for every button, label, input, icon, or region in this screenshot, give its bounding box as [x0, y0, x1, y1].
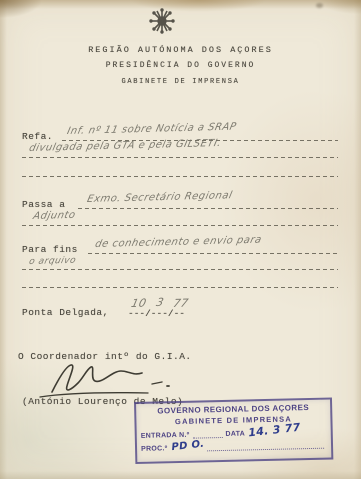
passa-handwriting-line1: Exmo. Secretário Regional: [86, 190, 233, 205]
dotted-line: [22, 269, 338, 271]
dotted-line: [207, 441, 324, 452]
scanned-document: REGIÃO AUTÓNOMA DOS AÇORES PRESIDÊNCIA D…: [0, 0, 361, 479]
stamp-date-handwritten: 14. 3 77: [248, 424, 301, 438]
dotted-line: [192, 430, 222, 439]
stamp-proc-handwritten: PD O.: [171, 441, 204, 453]
dotted-line: [22, 176, 338, 178]
fins-handwriting-line1: de conhecimento e envio para: [94, 235, 263, 250]
stamp-data-label: DATA: [225, 430, 245, 437]
date-month-handwritten: 3: [155, 296, 165, 309]
paper-stain: [316, 3, 323, 8]
passa-handwriting-line2: Adjunto: [32, 210, 77, 222]
date-year-handwritten: 77: [172, 297, 190, 310]
passa-label: Passa a: [22, 199, 65, 210]
dotted-line: [22, 225, 338, 227]
date-day-handwritten: 10: [130, 297, 148, 310]
dotted-line: [88, 253, 338, 255]
dotted-line: [22, 287, 338, 289]
fins-handwriting-line2: o arquivo: [28, 256, 77, 267]
org-office: GABINETE DE IMPRENSA: [0, 78, 361, 86]
stamp-entrada-label: ENTRADA N.º: [141, 432, 190, 440]
fins-label: Para fins: [22, 244, 78, 255]
dotted-line: [22, 157, 338, 159]
org-name: REGIÃO AUTÓNOMA DOS AÇORES: [0, 45, 361, 55]
org-department: PRESIDÊNCIA DO GOVERNO: [0, 61, 361, 70]
crest-icon: [148, 7, 176, 37]
city-label: Ponta Delgada,: [22, 307, 109, 318]
entry-stamp: GOVERNO REGIONAL DOS AÇORES GABINETE DE …: [134, 398, 333, 464]
stamp-proc-label: PROC.º: [141, 445, 168, 453]
ref-label: Refa.: [22, 131, 53, 142]
dotted-line: [78, 208, 338, 210]
ref-handwriting-line1: Inf. nº 11 sobre Notícia a SRAP: [66, 122, 237, 137]
ref-handwriting-line2: divulgada pela GTA e pela GILSETI.: [28, 138, 222, 154]
